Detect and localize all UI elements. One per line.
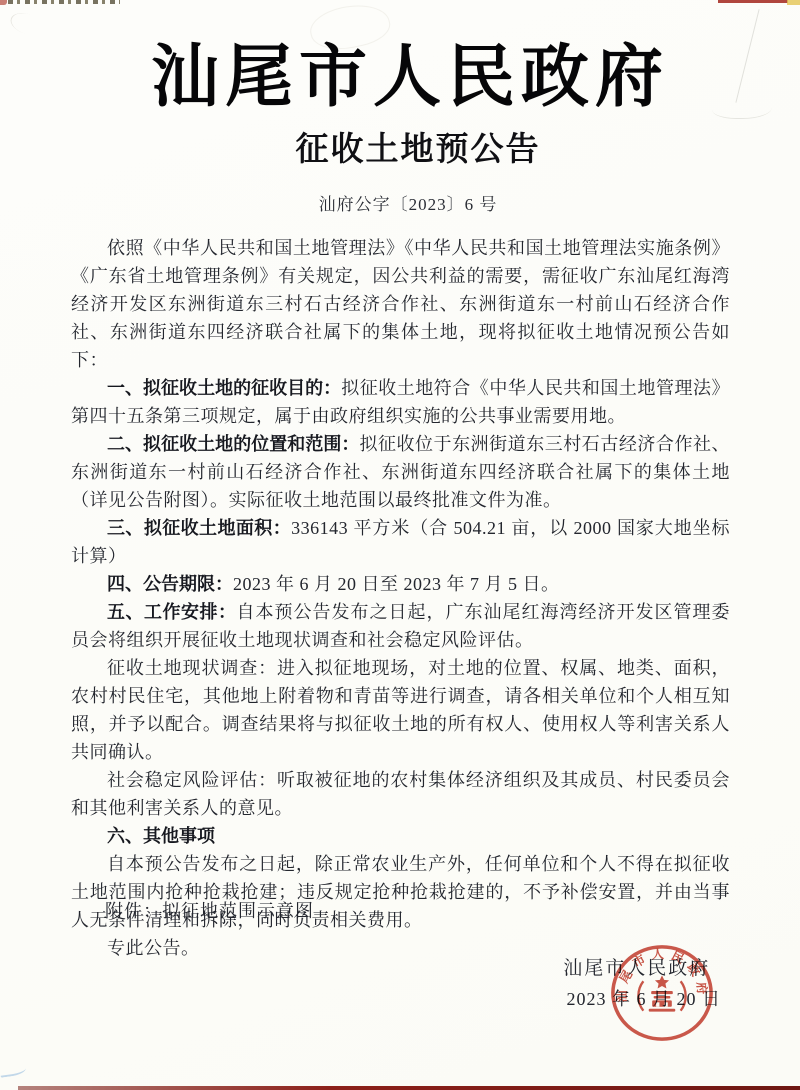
paragraph-heading: 一、拟征收土地的征收目的：	[107, 378, 341, 398]
paragraph-text: 依照《中华人民共和国土地管理法》《中华人民共和国土地管理法实施条例》《广东省土地…	[71, 238, 730, 370]
paragraph: 二、拟征收土地的位置和范围：拟征收位于东洲街道东三村石古经济合作社、东洲街道东一…	[71, 430, 730, 514]
paragraph-heading: 六、其他事项	[107, 826, 215, 846]
paragraph-text: 2023 年 6 月 20 日至 2023 年 7 月 5 日。	[233, 574, 560, 594]
paragraph-heading: 三、拟征收土地面积：	[107, 518, 291, 538]
announcement-title: 征收土地预公告	[18, 131, 800, 167]
paragraph: 五、工作安排：自本预公告发布之日起，广东汕尾红海湾经济开发区管理委员会将组织开展…	[71, 598, 730, 654]
paragraph: 征收土地现状调查：进入拟征地现场，对土地的位置、权属、地类、面积，农村村民住宅，…	[71, 654, 730, 766]
paragraph: 三、拟征收土地面积：336143 平方米（合 504.21 亩，以 2000 国…	[71, 514, 730, 570]
document-body: 依照《中华人民共和国土地管理法》《中华人民共和国土地管理法实施条例》《广东省土地…	[71, 234, 730, 962]
paragraph-heading: 四、公告期限：	[107, 574, 233, 594]
paragraph-text: 专此公告。	[107, 938, 200, 958]
seal-national-emblem-icon	[638, 975, 685, 1011]
scan-artifact-bottom-left-mark	[0, 1064, 27, 1078]
seal-arc-text: 汕尾市人民政府	[614, 947, 710, 1003]
paragraph: 社会稳定风险评估：听取被征地的农村集体经济组织及其成员、村民委员会和其他利害关系…	[71, 766, 730, 822]
attachment-line: 附件：拟征地范围示意图	[105, 897, 314, 923]
scan-artifact-top-right-red-streak	[718, 0, 788, 3]
scan-artifact-bottom-edge	[18, 1086, 800, 1090]
scanned-document-page: 汕尾市人民政府 征收土地预公告 汕府公字〔2023〕6 号 依照《中华人民共和国…	[0, 0, 800, 1090]
paragraph-text: 社会稳定风险评估：听取被征地的农村集体经济组织及其成员、村民委员会和其他利害关系…	[71, 770, 730, 818]
attachment-label: 附件：	[105, 901, 162, 921]
paragraph: 一、拟征收土地的征收目的：拟征收土地符合《中华人民共和国土地管理法》第四十五条第…	[71, 374, 730, 430]
scan-artifact-top-left-red-mark	[0, 0, 7, 5]
scan-artifact-top-left-text-remnant	[8, 0, 120, 4]
paragraph-text: 征收土地现状调查：进入拟征地现场，对土地的位置、权属、地类、面积，农村村民住宅，…	[71, 658, 730, 762]
issuing-authority-title: 汕尾市人民政府	[10, 42, 800, 113]
scan-crease	[8, 9, 47, 39]
paragraph: 依照《中华人民共和国土地管理法》《中华人民共和国土地管理法实施条例》《广东省土地…	[71, 234, 730, 374]
official-seal: 汕尾市人民政府	[608, 941, 716, 1045]
paragraph-heading: 五、工作安排：	[107, 602, 237, 622]
paragraph-heading: 二、拟征收土地的位置和范围：	[107, 434, 359, 454]
scan-artifact-top-right-yellow-mark	[787, 0, 800, 5]
document-number: 汕府公字〔2023〕6 号	[8, 190, 800, 215]
paragraph: 四、公告期限：2023 年 6 月 20 日至 2023 年 7 月 5 日。	[71, 570, 730, 598]
paragraph: 六、其他事项	[71, 822, 730, 850]
attachment-name: 拟征地范围示意图	[162, 901, 314, 921]
